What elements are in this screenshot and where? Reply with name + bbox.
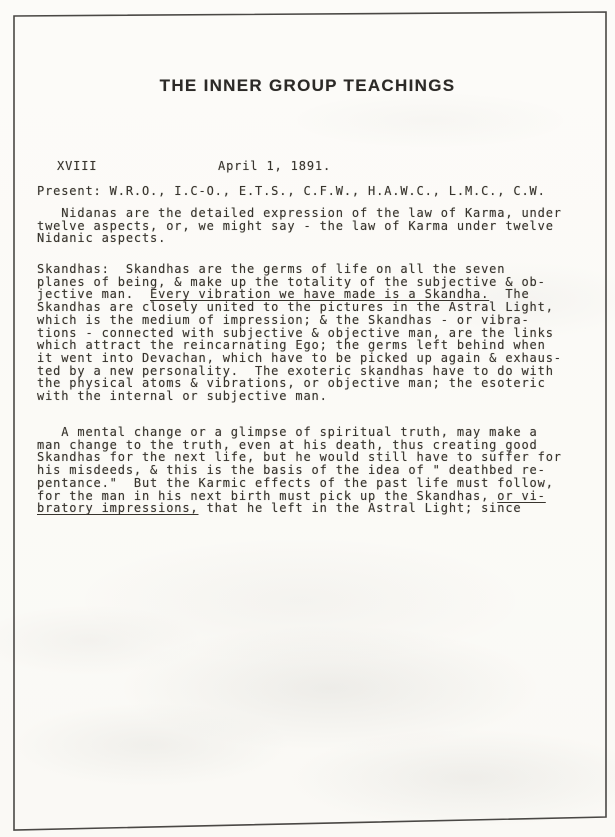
page-title: THE INNER GROUP TEACHINGS — [0, 76, 615, 96]
text-line: Nidanic aspects. — [37, 232, 595, 245]
underlined-text: bratory impressions, — [37, 501, 199, 515]
attendance-line: Present: W.R.O., I.C-O., E.T.S., C.F.W.,… — [37, 185, 546, 198]
text-segment: with the internal or subjective man. — [37, 389, 328, 403]
page-border — [0, 0, 615, 837]
text-segment: Nidanic aspects. — [37, 231, 166, 245]
scanned-page: THE INNER GROUP TEACHINGS XVIII April 1,… — [0, 0, 615, 837]
paragraph-skandhas: Skandhas: Skandhas are the germs of life… — [37, 263, 595, 403]
session-date: April 1, 1891. — [218, 160, 331, 173]
text-segment: that he left in the Astral Light; since — [199, 501, 522, 515]
paragraph-mental-change: A mental change or a glimpse of spiritua… — [37, 426, 595, 515]
text-line: bratory impressions, that he left in the… — [37, 502, 595, 515]
section-number: XVIII — [57, 160, 97, 173]
text-line: with the internal or subjective man. — [37, 390, 595, 403]
paragraph-nidanas: Nidanas are the detailed expression of t… — [37, 207, 595, 245]
